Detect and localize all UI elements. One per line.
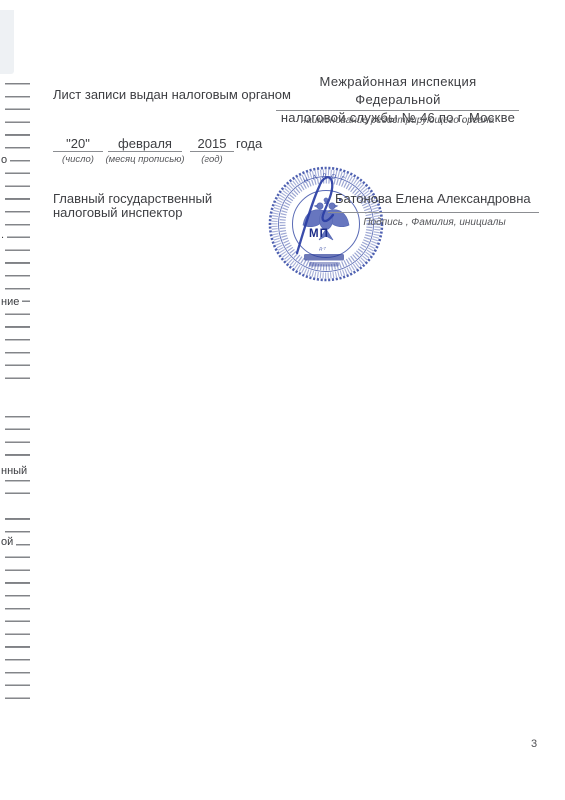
date-day-underline [53,151,103,152]
signature-underline [328,212,539,213]
date-day-value: "20" [53,137,103,150]
edge-text-fragment: ой [0,536,16,550]
official-title-line2: налоговый инспектор [53,206,212,220]
signatory-name: Батонова Елена Александровна [335,192,531,205]
edge-text-fragment: . [0,229,7,243]
official-title: Главный государственный налоговый инспек… [53,192,212,220]
page-number: 3 [531,738,537,750]
edge-text-fragment: нный [0,465,30,479]
seal-mp-label: МП [309,228,329,240]
official-title-line1: Главный государственный [53,192,212,206]
edge-dash-gap [0,496,33,509]
date-month-underline [108,151,182,152]
authority-underline [276,110,519,111]
date-year-underline [190,151,234,152]
authority-caption: наименование регистрирующего органа [276,115,519,126]
issued-by-label: Лист записи выдан налоговым органом [53,88,291,101]
signature-caption: Подпись , Фамилия, инициалы [330,217,539,228]
seal-micro-text: Д-7 [319,246,327,251]
date-year-value: 2015 [190,137,234,150]
seal-bottom-band-2 [309,262,339,267]
authority-name-line1: Межрайонная инспекция Федеральной [277,73,519,109]
seal-bottom-band [304,254,344,261]
date-month-value: февраля [108,137,182,150]
scan-edge-artifact [0,10,14,74]
scanned-document-page: { "page": {"number": "3"}, "colors": { "… [0,0,565,800]
date-month-caption: (месяц прописью) [104,154,186,165]
edge-text-fragment: ние [0,296,22,310]
edge-dash-gap [0,388,33,414]
edge-text-fragment: о [0,154,10,168]
date-day-caption: (число) [53,154,103,165]
date-year-suffix: года [236,137,262,150]
date-year-caption: (год) [190,154,234,165]
